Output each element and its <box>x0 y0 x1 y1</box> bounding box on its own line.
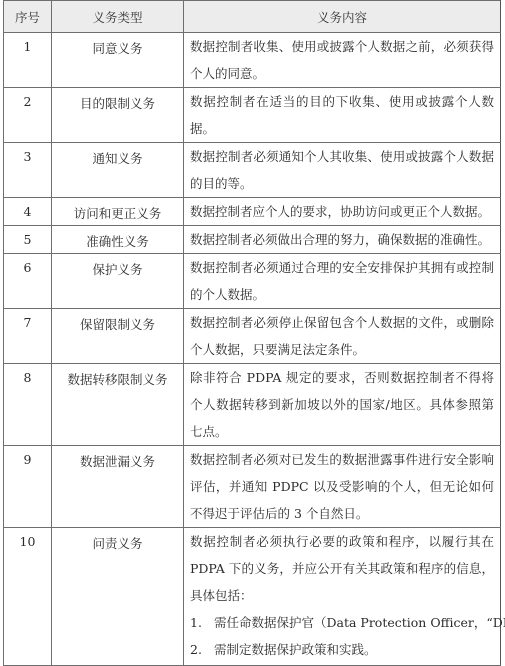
content-text: 数据控制者必须执行必要的政策和程序，以履行其在 PDPA 下的义务，并应公开有关… <box>190 528 494 609</box>
obligations-table-container: 序号 义务类型 义务内容 1 同意义务 数据控制者收集、使用或披露个人数据之前，… <box>3 0 500 616</box>
cell-obligation-content: 数据控制者应个人的要求，协助访问或更正个人数据。 <box>184 198 501 226</box>
cell-obligation-content: 数据控制者收集、使用或披露个人数据之前，必须获得个人的同意。 <box>184 33 501 88</box>
content-text: 数据控制者应个人的要求，协助访问或更正个人数据。 <box>190 198 494 225</box>
content-text: 数据控制者必须通知个人其收集、使用或披露个人数据的目的等。 <box>190 143 494 197</box>
cell-obligation-type: 准确性义务 <box>52 226 184 254</box>
cell-obligation-type: 同意义务 <box>52 33 184 88</box>
cell-obligation-type: 数据泄漏义务 <box>52 446 184 528</box>
cell-obligation-content: 数据控制者必须执行必要的政策和程序，以履行其在 PDPA 下的义务，并应公开有关… <box>184 528 501 617</box>
table-row: 1 同意义务 数据控制者收集、使用或披露个人数据之前，必须获得个人的同意。 <box>4 33 501 88</box>
cell-obligation-content: 数据控制者必须对已发生的数据泄露事件进行安全影响评估，并通知 PDPC 以及受影… <box>184 446 501 528</box>
cell-obligation-type: 访问和更正义务 <box>52 198 184 226</box>
cell-obligation-content: 数据控制者在适当的目的下收集、使用或披露个人数据。 <box>184 88 501 143</box>
content-text: 数据控制者必须停止保留包含个人数据的文件，或删除个人数据，只要满足法定条件。 <box>190 309 494 363</box>
cell-obligation-type: 保留限制义务 <box>52 309 184 364</box>
cell-serial-number: 3 <box>4 143 52 198</box>
content-text: 数据控制者必须对已发生的数据泄露事件进行安全影响评估，并通知 PDPC 以及受影… <box>190 446 494 527</box>
content-text: 数据控制者在适当的目的下收集、使用或披露个人数据。 <box>190 88 494 142</box>
cell-serial-number: 9 <box>4 446 52 528</box>
list-item: 1.需任命数据保护官（Data Protection Officer，“DPO”… <box>190 609 494 616</box>
header-obligation-type: 义务类型 <box>52 1 184 33</box>
table-row: 7 保留限制义务 数据控制者必须停止保留包含个人数据的文件，或删除个人数据，只要… <box>4 309 501 364</box>
cell-obligation-type: 目的限制义务 <box>52 88 184 143</box>
header-obligation-content: 义务内容 <box>184 1 501 33</box>
cell-serial-number: 1 <box>4 33 52 88</box>
table-row: 5 准确性义务 数据控制者必须做出合理的努力，确保数据的准确性。 <box>4 226 501 254</box>
content-text: 数据控制者必须通过合理的安全安排保护其拥有或控制的个人数据。 <box>190 254 494 308</box>
table-row: 8 数据转移限制义务 除非符合 PDPA 规定的要求，否则数据控制者不得将个人数… <box>4 364 501 446</box>
cell-serial-number: 4 <box>4 198 52 226</box>
cell-serial-number: 8 <box>4 364 52 446</box>
table-row: 9 数据泄漏义务 数据控制者必须对已发生的数据泄露事件进行安全影响评估，并通知 … <box>4 446 501 528</box>
data-controller-obligations-table: 序号 义务类型 义务内容 1 同意义务 数据控制者收集、使用或披露个人数据之前，… <box>3 0 501 616</box>
cell-serial-number: 5 <box>4 226 52 254</box>
cell-obligation-type: 保护义务 <box>52 254 184 309</box>
cell-obligation-content: 数据控制者必须通知个人其收集、使用或披露个人数据的目的等。 <box>184 143 501 198</box>
cell-serial-number: 7 <box>4 309 52 364</box>
cell-obligation-content: 数据控制者必须停止保留包含个人数据的文件，或删除个人数据，只要满足法定条件。 <box>184 309 501 364</box>
table-row: 4 访问和更正义务 数据控制者应个人的要求，协助访问或更正个人数据。 <box>4 198 501 226</box>
cell-obligation-content: 数据控制者必须做出合理的努力，确保数据的准确性。 <box>184 226 501 254</box>
cell-obligation-type: 问责义务 <box>52 528 184 617</box>
cell-serial-number: 10 <box>4 528 52 617</box>
cell-obligation-type: 数据转移限制义务 <box>52 364 184 446</box>
cell-obligation-content: 数据控制者必须通过合理的安全安排保护其拥有或控制的个人数据。 <box>184 254 501 309</box>
cell-obligation-content: 除非符合 PDPA 规定的要求，否则数据控制者不得将个人数据转移到新加坡以外的国… <box>184 364 501 446</box>
content-text: 数据控制者收集、使用或披露个人数据之前，必须获得个人的同意。 <box>190 33 494 87</box>
content-text: 除非符合 PDPA 规定的要求，否则数据控制者不得将个人数据转移到新加坡以外的国… <box>190 364 494 445</box>
table-row: 2 目的限制义务 数据控制者在适当的目的下收集、使用或披露个人数据。 <box>4 88 501 143</box>
cell-obligation-type: 通知义务 <box>52 143 184 198</box>
list-item-number: 1. <box>190 609 214 616</box>
cell-serial-number: 2 <box>4 88 52 143</box>
cell-serial-number: 6 <box>4 254 52 309</box>
table-header-row: 序号 义务类型 义务内容 <box>4 1 501 33</box>
table-row: 10 问责义务 数据控制者必须执行必要的政策和程序，以履行其在 PDPA 下的义… <box>4 528 501 617</box>
table-row: 3 通知义务 数据控制者必须通知个人其收集、使用或披露个人数据的目的等。 <box>4 143 501 198</box>
table-row: 6 保护义务 数据控制者必须通过合理的安全安排保护其拥有或控制的个人数据。 <box>4 254 501 309</box>
header-serial-number: 序号 <box>4 1 52 33</box>
content-text: 数据控制者必须做出合理的努力，确保数据的准确性。 <box>190 226 494 253</box>
